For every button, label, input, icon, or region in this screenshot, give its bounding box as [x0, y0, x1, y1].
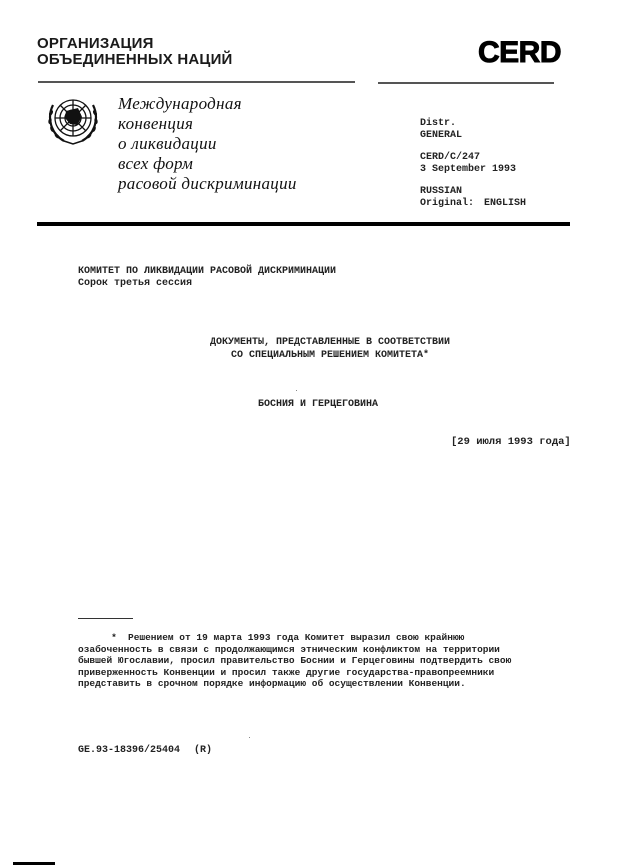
- footnote-text-line-1: Решением от 19 марта 1993 года Комитет в…: [128, 632, 464, 643]
- footnote: *Решением от 19 марта 1993 года Комитет …: [78, 632, 578, 690]
- footnote-text-line-3: бывшей Югославии, просил правительство Б…: [78, 655, 578, 667]
- footnote-separator: [78, 618, 133, 619]
- document-language: RUSSIAN: [420, 186, 526, 198]
- session-name: Сорок третья сессия: [78, 278, 336, 290]
- convention-line-2: конвенция: [118, 114, 297, 134]
- convention-line-3: о ликвидации: [118, 134, 297, 154]
- distribution-label: Distr.: [420, 118, 526, 130]
- country-heading: БОСНИЯ И ГЕРЦЕГОВИНА: [258, 399, 378, 411]
- document-number: CERD/C/247: [420, 152, 526, 164]
- organization-line-2: ОБЪЕДИНЕННЫХ НАЦИЙ: [37, 52, 233, 68]
- un-emblem-icon: [44, 91, 102, 149]
- footnote-text-line-5: представить в срочном порядке информацию…: [78, 678, 578, 690]
- job-number: GE.93-18396/25404(R): [78, 745, 212, 757]
- footnote-first-line: *Решением от 19 марта 1993 года Комитет …: [78, 632, 578, 644]
- distribution-value: GENERAL: [420, 130, 526, 142]
- header-divider-right: [378, 82, 554, 84]
- document-metadata: Distr. GENERAL CERD/C/247 3 September 19…: [420, 118, 526, 210]
- header-bottom-divider: [37, 222, 570, 226]
- document-symbol-logo: CERD: [478, 38, 561, 68]
- document-title: ДОКУМЕНТЫ, ПРЕДСТАВЛЕННЫЕ В СООТВЕТСТВИИ…: [180, 336, 480, 362]
- committee-block: КОМИТЕТ ПО ЛИКВИДАЦИИ РАСОВОЙ ДИСКРИМИНА…: [78, 266, 336, 290]
- footnote-text-line-2: озабоченность в связи с продолжающимся э…: [78, 644, 578, 656]
- document-date: 3 September 1993: [420, 164, 526, 176]
- title-line-2: СО СПЕЦИАЛЬНЫМ РЕШЕНИЕМ КОМИТЕТА*: [180, 349, 480, 362]
- header-divider-left: [38, 81, 355, 83]
- convention-line-1: Международная: [118, 94, 297, 114]
- convention-line-5: расовой дискриминации: [118, 174, 297, 194]
- convention-title: Международная конвенция о ликвидации все…: [118, 94, 297, 194]
- footnote-text-line-4: приверженность Конвенции и просил также …: [78, 667, 578, 679]
- job-number-value: GE.93-18396/25404: [78, 745, 180, 756]
- title-line-1: ДОКУМЕНТЫ, ПРЕДСТАВЛЕННЫЕ В СООТВЕТСТВИИ: [180, 336, 480, 349]
- job-language-code: (R): [194, 745, 212, 756]
- organization-name: ОРГАНИЗАЦИЯ ОБЪЕДИНЕННЫХ НАЦИЙ: [37, 36, 233, 68]
- scan-speck: [296, 390, 297, 391]
- organization-line-1: ОРГАНИЗАЦИЯ: [37, 36, 233, 52]
- submission-date: [29 июля 1993 года]: [451, 436, 571, 448]
- original-value: ENGLISH: [484, 198, 526, 209]
- convention-line-4: всех форм: [118, 154, 297, 174]
- original-label: Original:: [420, 198, 474, 209]
- committee-name: КОМИТЕТ ПО ЛИКВИДАЦИИ РАСОВОЙ ДИСКРИМИНА…: [78, 266, 336, 278]
- original-language-row: Original:ENGLISH: [420, 198, 526, 210]
- footnote-marker: *: [100, 632, 128, 644]
- scan-speck: [249, 737, 250, 738]
